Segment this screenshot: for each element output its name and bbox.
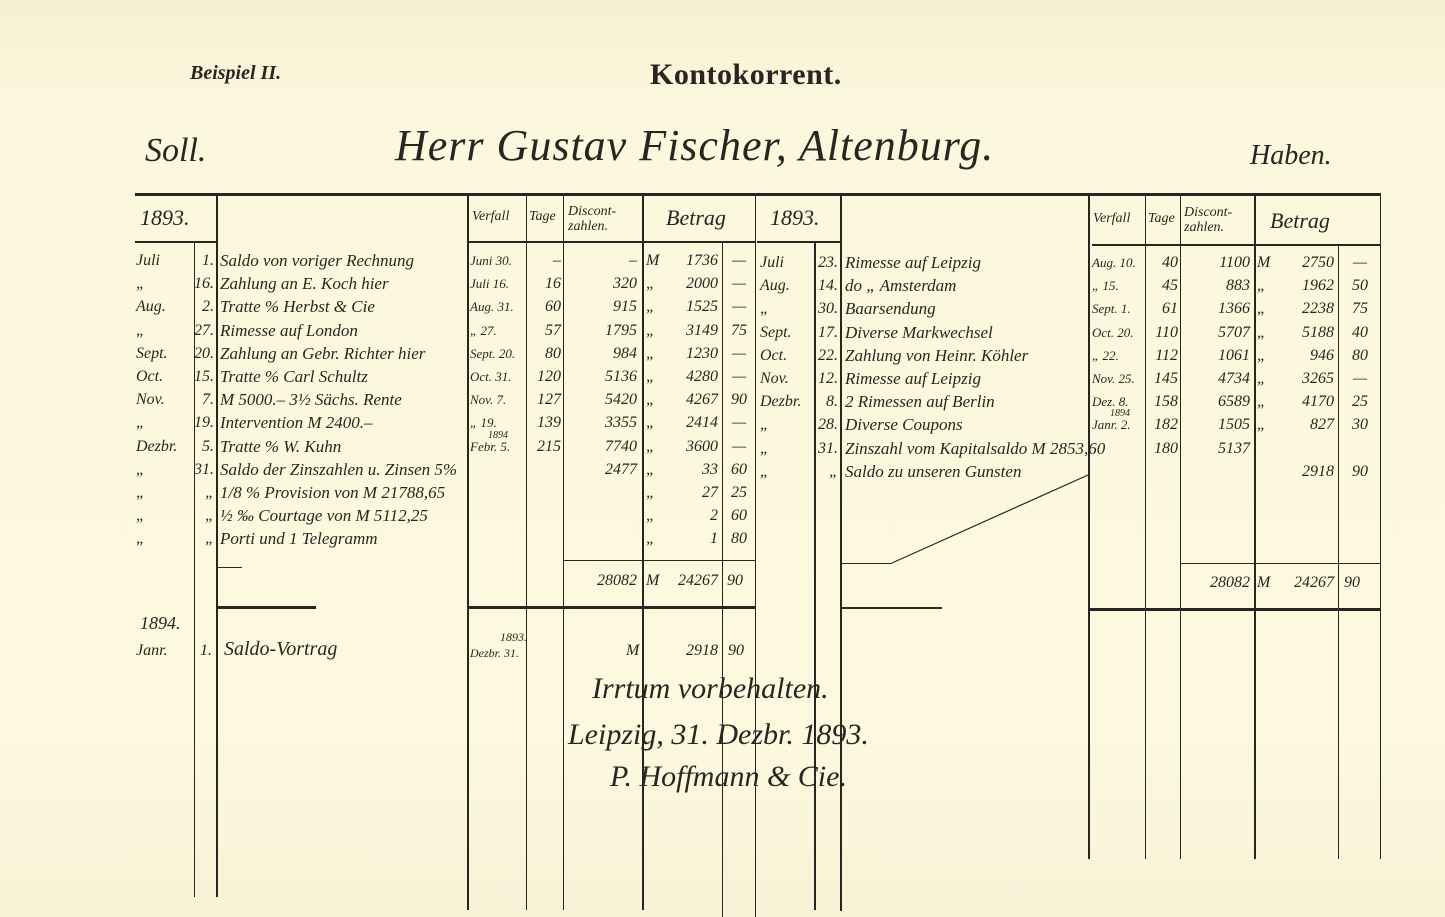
entry-days: 112 [1146, 345, 1178, 367]
entry-discount-number: 915 [565, 296, 637, 318]
haben-tage-header: Tage [1148, 212, 1175, 226]
carry-mark: 2918 [640, 640, 718, 662]
carry-month: Janr. [136, 640, 168, 662]
entry-month: Oct. [760, 345, 812, 367]
entry-days: 127 [527, 389, 561, 411]
entry-discount-number: 5136 [565, 366, 637, 388]
haben-text-short-rule [842, 563, 892, 564]
haben-total-pf: 90 [1344, 572, 1360, 594]
haben-betrag-header: Betrag [1270, 210, 1330, 232]
soll-year-header: 1893. [140, 207, 190, 229]
entry-month: Oct. [136, 366, 192, 388]
entry-days: 57 [527, 320, 561, 342]
entry-amount-pfennig: 50 [1340, 275, 1380, 297]
entry-discount-number: 1100 [1182, 252, 1250, 274]
soll-betrag-left [642, 195, 644, 910]
entry-day: 23. [812, 252, 838, 274]
soll-betrag-header: Betrag [666, 207, 726, 229]
entry-due-date: „ 15. [1092, 275, 1144, 297]
entry-days: 45 [1146, 275, 1178, 297]
entry-amount-mark: 4267 [660, 389, 718, 411]
haben-total-mark: 24267 [1270, 572, 1334, 594]
example-label: Beispiel II. [190, 62, 281, 85]
haben-year-header-rule [757, 241, 841, 243]
haben-total-bottom-rule [1088, 608, 1381, 611]
entry-amount-mark: 1525 [660, 296, 718, 318]
entry-due-date: Sept. 20. [470, 343, 526, 365]
entry-amount-pfennig: — [723, 343, 755, 365]
entry-amount-mark: 1962 [1270, 275, 1334, 297]
entry-amount-mark: 3600 [660, 436, 718, 458]
entry-discount-number: 320 [565, 273, 637, 295]
entry-month: „ [760, 438, 812, 460]
entry-amount-pfennig: — [723, 412, 755, 434]
carry-pf: 90 [728, 640, 744, 662]
entry-discount-number: 5137 [1182, 438, 1250, 460]
entry-description: Zinszahl vom Kapitalsaldo M 2853,60 [845, 438, 1085, 460]
entry-due-date: „ 22. [1092, 345, 1144, 367]
entry-days: 139 [527, 412, 561, 434]
entry-days: 60 [527, 296, 561, 318]
soll-total-pf: 90 [727, 570, 743, 592]
entry-month: Dezbr. [136, 436, 192, 458]
entry-amount-mark: 2000 [660, 273, 718, 295]
entry-amount-mark: 2 [660, 505, 718, 527]
entry-amount-mark: 1 [660, 528, 718, 550]
entry-due-date: „ 27. [470, 320, 526, 342]
entry-day: 27. [194, 320, 214, 342]
entry-amount-mark: 4280 [660, 366, 718, 388]
entry-discount-number: 1795 [565, 320, 637, 342]
entry-day: 20. [194, 343, 214, 365]
entry-month: „ [760, 414, 812, 436]
soll-discont-header-1: Discont- [568, 205, 616, 219]
entry-discount-number: 984 [565, 343, 637, 365]
entry-discount-number: 7740 [565, 436, 637, 458]
entry-due-date: Sept. 1. [1092, 298, 1144, 320]
entry-description: Tratte % Carl Schultz [220, 366, 466, 388]
soll-right [755, 195, 756, 917]
soll-text-left [216, 195, 218, 897]
entry-currency: „ [1257, 345, 1271, 367]
entry-currency: „ [646, 505, 660, 527]
haben-zahlen-left [1180, 195, 1181, 859]
entry-day: 19. [194, 412, 214, 434]
entry-amount-pfennig: — [723, 273, 755, 295]
entry-month: Aug. [136, 296, 192, 318]
soll-text-short-rule [218, 567, 242, 568]
entry-currency: „ [1257, 368, 1271, 390]
haben-verfall-left [1088, 195, 1090, 859]
entry-description: Zahlung an Gebr. Richter hier [220, 343, 466, 365]
entry-amount-pfennig: 90 [723, 389, 755, 411]
entry-due-date: Oct. 31. [470, 366, 526, 388]
debit-label: Soll. [145, 132, 206, 170]
entry-discount-number: 6589 [1182, 391, 1250, 413]
entry-description: Saldo von voriger Rechnung [220, 250, 466, 272]
entry-amount-pfennig: 75 [1340, 298, 1380, 320]
haben-pf-left [1338, 244, 1339, 859]
haben-text-bottom-rule [842, 607, 942, 609]
entry-amount-pfennig: 60 [723, 459, 755, 481]
document-title: Kontokorrent. [650, 58, 842, 92]
entry-currency: „ [1257, 414, 1271, 436]
entry-days: 158 [1146, 391, 1178, 413]
entry-description: Porti und 1 Telegramm [220, 528, 466, 550]
entry-amount-mark: 3149 [660, 320, 718, 342]
entry-discount-number: 5420 [565, 389, 637, 411]
entry-day: 5. [194, 436, 214, 458]
haben-right [1380, 195, 1381, 859]
entry-due-date: Nov. 25. [1092, 368, 1144, 390]
entry-month: Nov. [136, 389, 192, 411]
entry-description: Zahlung an E. Koch hier [220, 273, 466, 295]
soll-tage-header: Tage [529, 210, 556, 224]
entry-day: 22. [812, 345, 838, 367]
top-rule [135, 193, 1381, 196]
soll-verfall-left [467, 195, 469, 910]
entry-amount-mark: 27 [660, 482, 718, 504]
soll-header-rule [468, 241, 755, 243]
entry-day: 31. [812, 438, 838, 460]
entry-amount-pfennig: 80 [723, 528, 755, 550]
entry-discount-number: – [565, 250, 637, 272]
entry-day: 8. [812, 391, 838, 413]
entry-day: „ [194, 505, 214, 527]
entry-day: 1. [194, 250, 214, 272]
entry-month: „ [136, 273, 192, 295]
entry-month: Sept. [136, 343, 192, 365]
entry-description: do „ Amsterdam [845, 275, 1085, 297]
entry-due-date: Juni 30. [470, 250, 526, 272]
entry-amount-pfennig: 40 [1340, 322, 1380, 344]
entry-discount-number: 1366 [1182, 298, 1250, 320]
entry-amount-mark: 3265 [1270, 368, 1334, 390]
entry-day: 31. [194, 459, 214, 481]
entry-month: „ [136, 412, 192, 434]
entry-month: Juli [760, 252, 812, 274]
entry-due-date: Nov. 7. [470, 389, 526, 411]
entry-currency: „ [646, 273, 660, 295]
entry-discount-number: 4734 [1182, 368, 1250, 390]
entry-day: 7. [194, 389, 214, 411]
entry-amount-mark: 2918 [1270, 461, 1334, 483]
entry-description: ½ ‰ Courtage von M 5112,25 [220, 505, 466, 527]
entry-month: Aug. [760, 275, 812, 297]
haben-total-zahlen: 28082 [1182, 572, 1250, 594]
entry-amount-mark: 2750 [1270, 252, 1334, 274]
entry-days: 61 [1146, 298, 1178, 320]
entry-discount-number: 1061 [1182, 345, 1250, 367]
entry-currency: „ [646, 528, 660, 550]
year-header-rule [135, 241, 216, 243]
carry-currency: M [626, 640, 639, 662]
entry-day: 28. [812, 414, 838, 436]
entry-month: Sept. [760, 322, 812, 344]
entry-amount-pfennig: 30 [1340, 414, 1380, 436]
entry-month: „ [136, 482, 192, 504]
entry-amount-pfennig: — [723, 250, 755, 272]
entry-due-year: 1894 [1110, 403, 1130, 425]
entry-month: „ [136, 320, 192, 342]
entry-discount-number: 1505 [1182, 414, 1250, 436]
soll-total-currency: M [646, 570, 659, 592]
entry-currency: „ [1257, 298, 1271, 320]
entry-currency: „ [646, 320, 660, 342]
entry-due-date: Oct. 20. [1092, 322, 1144, 344]
entry-day: 12. [812, 368, 838, 390]
entry-amount-pfennig: 80 [1340, 345, 1380, 367]
haben-discont-header-1: Discont- [1184, 206, 1232, 220]
entry-currency: „ [1257, 391, 1271, 413]
entry-day: „ [194, 482, 214, 504]
entry-currency: „ [1257, 275, 1271, 297]
carry-year: 1894. [140, 612, 181, 634]
entry-currency: „ [646, 343, 660, 365]
entry-day: 2. [194, 296, 214, 318]
entry-currency: „ [1257, 322, 1271, 344]
soll-verfall-header: Verfall [472, 210, 509, 224]
entry-currency: „ [646, 366, 660, 388]
entry-description: M 5000.– 3½ Sächs. Rente [220, 389, 466, 411]
entry-amount-mark: 2414 [660, 412, 718, 434]
entry-currency: „ [646, 296, 660, 318]
entry-description: Tratte % W. Kuhn [220, 436, 466, 458]
entry-due-year: 1894 [488, 425, 508, 447]
entry-description: Tratte % Herbst & Cie [220, 296, 466, 318]
entry-currency: „ [646, 389, 660, 411]
entry-month: „ [136, 505, 192, 527]
entry-description: 2 Rimessen auf Berlin [845, 391, 1085, 413]
entry-description: 1/8 % Provision von M 21788,65 [220, 482, 466, 504]
carry-verfall: Dezbr. 31. [470, 642, 519, 664]
account-holder: Herr Gustav Fischer, Altenburg. [395, 120, 994, 171]
entry-currency: „ [646, 482, 660, 504]
entry-amount-mark: 1230 [660, 343, 718, 365]
credit-label: Haben. [1250, 140, 1332, 172]
entry-amount-pfennig: 25 [1340, 391, 1380, 413]
entry-amount-mark: 2238 [1270, 298, 1334, 320]
entry-days: 110 [1146, 322, 1178, 344]
entry-discount-number: 3355 [565, 412, 637, 434]
haben-total-currency: M [1257, 572, 1270, 594]
entry-description: Saldo zu unseren Gunsten [845, 461, 1085, 483]
soll-zahlen-left [563, 195, 564, 910]
haben-total-top-rule [1180, 563, 1380, 564]
entry-month: „ [760, 461, 812, 483]
entry-month: Juli [136, 250, 192, 272]
entry-amount-mark: 1736 [660, 250, 718, 272]
entry-amount-pfennig: — [723, 366, 755, 388]
entry-amount-mark: 946 [1270, 345, 1334, 367]
entry-amount-pfennig: — [1340, 252, 1380, 274]
entry-description: Intervention M 2400.– [220, 412, 466, 434]
place-date: Leipzig, 31. Dezbr. 1893. [568, 718, 869, 752]
entry-days: 145 [1146, 368, 1178, 390]
entry-currency: „ [646, 412, 660, 434]
entry-days: – [527, 250, 561, 272]
entry-day: 30. [812, 298, 838, 320]
entry-amount-pfennig: — [1340, 368, 1380, 390]
entry-day: 17. [812, 322, 838, 344]
entry-discount-number: 5707 [1182, 322, 1250, 344]
entry-discount-number: 2477 [565, 459, 637, 481]
entry-discount-number: 883 [1182, 275, 1250, 297]
entry-currency: M [1257, 252, 1271, 274]
entry-day: 16. [194, 273, 214, 295]
entry-days: 16 [527, 273, 561, 295]
entry-days: 215 [527, 436, 561, 458]
entry-amount-pfennig: 25 [723, 482, 755, 504]
entry-due-date: Aug. 31. [470, 296, 526, 318]
haben-discont-header-2: zahlen. [1184, 221, 1224, 235]
entry-day: 14. [812, 275, 838, 297]
entry-month: Dezbr. [760, 391, 812, 413]
entry-day: „ [812, 461, 838, 483]
haben-text-left [840, 195, 842, 911]
carry-day: 1. [200, 640, 212, 662]
entry-day: 15. [194, 366, 214, 388]
entry-description: Rimesse auf London [220, 320, 466, 342]
entry-amount-pfennig: 75 [723, 320, 755, 342]
entry-month: „ [136, 528, 192, 550]
entry-description: Zahlung von Heinr. Köhler [845, 345, 1085, 367]
entry-description: Baarsendung [845, 298, 1085, 320]
soll-total-top-rule [563, 560, 755, 561]
entry-amount-pfennig: — [723, 436, 755, 458]
soll-discont-header-2: zahlen. [568, 220, 608, 234]
entry-description: Rimesse auf Leipzig [845, 368, 1085, 390]
entry-days: 182 [1146, 414, 1178, 436]
entry-amount-pfennig: — [723, 296, 755, 318]
entry-amount-mark: 827 [1270, 414, 1334, 436]
entry-days: 80 [527, 343, 561, 365]
entry-amount-pfennig: 90 [1340, 461, 1380, 483]
soll-total-mark: 24267 [660, 570, 718, 592]
entry-amount-pfennig: 60 [723, 505, 755, 527]
entry-description: Diverse Coupons [845, 414, 1085, 436]
haben-year-header: 1893. [770, 207, 820, 229]
entry-description: Diverse Markwechsel [845, 322, 1085, 344]
entry-due-date: Aug. 10. [1092, 252, 1144, 274]
entry-month: „ [760, 298, 812, 320]
entry-due-date: Juli 16. [470, 273, 526, 295]
entry-day: „ [194, 528, 214, 550]
soll-text-bottom-rule [218, 606, 316, 609]
entry-month: „ [136, 459, 192, 481]
entry-days: 40 [1146, 252, 1178, 274]
entry-amount-mark: 4170 [1270, 391, 1334, 413]
entry-currency: M [646, 250, 660, 272]
entry-month: Nov. [760, 368, 812, 390]
carry-text: Saldo-Vortrag [224, 638, 337, 660]
haben-betrag-left [1254, 195, 1256, 859]
entry-days: 120 [527, 366, 561, 388]
entry-currency: „ [646, 436, 660, 458]
soll-total-bottom-rule [467, 606, 755, 609]
entry-amount-mark: 5188 [1270, 322, 1334, 344]
soll-total-zahlen: 28082 [565, 570, 637, 592]
signature: P. Hoffmann & Cie. [610, 760, 847, 794]
entry-description: Saldo der Zinszahlen u. Zinsen 5% [220, 459, 466, 481]
error-reservation-note: Irrtum vorbehalten. [592, 672, 829, 706]
entry-description: Rimesse auf Leipzig [845, 252, 1085, 274]
entry-days: 180 [1146, 438, 1178, 460]
entry-currency: „ [646, 459, 660, 481]
entry-amount-mark: 33 [660, 459, 718, 481]
haben-verfall-header: Verfall [1093, 212, 1130, 226]
